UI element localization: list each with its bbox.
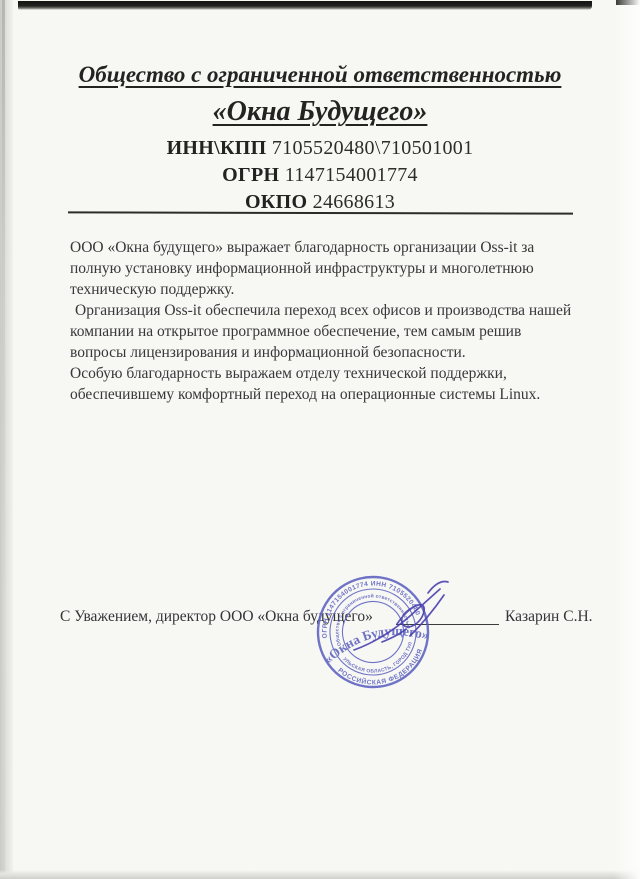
- paragraph-transition: Организация Oss-it обеспечила переход вс…: [70, 300, 577, 363]
- scan-edge-left-streak: [2, 0, 5, 879]
- scan-edge-right: [614, 0, 640, 879]
- inn-kpp-label: ИНН\КПП: [167, 137, 267, 159]
- letter-body: ООО «Окна будущего» выражает благодарнос…: [70, 237, 577, 405]
- inn-kpp-value: 7105520480\710501001: [272, 137, 474, 159]
- ogrn-value: 1147154001774: [285, 164, 418, 186]
- okpo-label: ОКПО: [245, 191, 307, 213]
- letterhead-divider: [68, 211, 573, 214]
- handwritten-signature: [342, 572, 462, 664]
- scanned-letter-page: Общество с ограниченной ответственностью…: [0, 0, 640, 879]
- inn-kpp-line: ИНН\КПП 7105520480\710501001: [0, 137, 640, 160]
- org-name-title: «Окна Будущего»: [0, 96, 640, 128]
- okpo-value: 24668613: [313, 191, 395, 213]
- paragraph-support: Особую благодарность выражаем отделу тех…: [70, 363, 577, 405]
- signer-name: Казарин С.Н.: [505, 608, 593, 626]
- scan-edge-bottom: [0, 870, 640, 879]
- ogrn-line: ОГРН 1147154001774: [0, 164, 640, 187]
- scan-edge-top: [18, 1, 592, 10]
- paragraph-gratitude: ООО «Окна будущего» выражает благодарнос…: [70, 237, 577, 300]
- ogrn-label: ОГРН: [222, 164, 279, 186]
- org-type-title: Общество с ограниченной ответственностью: [0, 62, 640, 88]
